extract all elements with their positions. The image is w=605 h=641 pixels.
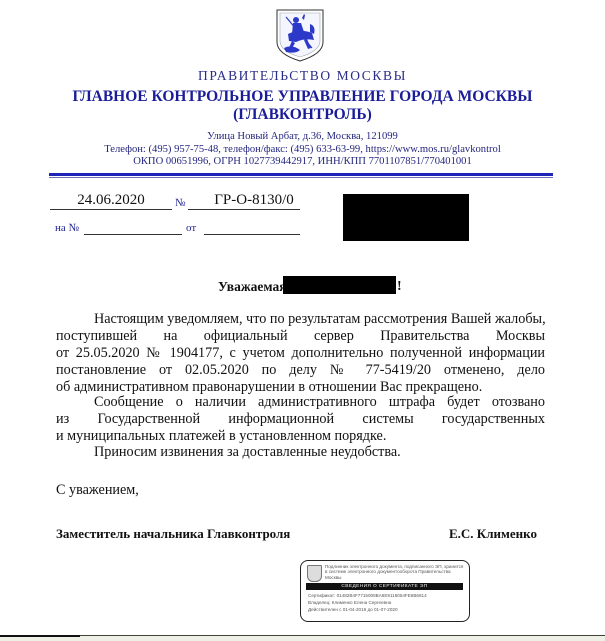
certificate-owner: Владелец: Клименко Елена Сергеевна <box>308 599 466 606</box>
redacted-recipient-name <box>283 276 396 294</box>
body-line: Настоящим уведомляем, что по результатам… <box>94 311 545 328</box>
body-line: и муниципальных платежей в установленном… <box>56 428 545 445</box>
organization-name: ГЛАВНОЕ КОНТРОЛЬНОЕ УПРАВЛЕНИЕ ГОРОДА МО… <box>0 88 605 106</box>
reference-number-label: на № <box>55 222 79 234</box>
viewer-bottom-bar <box>0 635 605 641</box>
phones: Телефон: (495) 957-75-48, телефон/факс: … <box>0 144 605 157</box>
body-line: Сообщение о наличии административного шт… <box>94 394 545 411</box>
viewer-tab-edge <box>0 635 80 637</box>
body-line: Приносим извинения за доставленные неудо… <box>94 444 583 461</box>
moscow-coat-of-arms-icon <box>274 8 326 62</box>
sign-off: С уважением, <box>56 482 139 499</box>
registry-codes: ОКПО 00651996, ОГРН 1027739442917, ИНН/К… <box>0 156 605 169</box>
reference-date-underline <box>204 234 300 235</box>
certificate-id: Сертификат: 01482B4F7715008BA6E9116054FE… <box>308 592 466 599</box>
body-line: из Государственной информационной систем… <box>56 411 545 428</box>
electronic-signature-stamp: Подлинник электронного документа, подпис… <box>300 560 470 622</box>
redacted-addressee <box>343 194 469 241</box>
certificate-validity: Действителен с 01-04-2019 до 01-07-2020 <box>308 606 466 613</box>
body-line: поступившей на официальный сервер Правит… <box>56 328 545 345</box>
address: Улица Новый Арбат, д.36, Москва, 121099 <box>0 131 605 144</box>
document-number: ГР-О-8130/0 <box>198 192 310 209</box>
reference-date-label: от <box>186 222 196 234</box>
number-label: № <box>175 197 186 209</box>
organization-title: ГЛАВНОЕ КОНТРОЛЬНОЕ УПРАВЛЕНИЕ ГОРОДА МО… <box>0 88 605 124</box>
government-title: ПРАВИТЕЛЬСТВО МОСКВЫ <box>0 68 605 84</box>
greeting: Уважаемая <box>218 279 287 295</box>
document-date: 24.06.2020 <box>50 192 172 209</box>
date-underline <box>50 209 172 210</box>
body-line: от 25.05.2020 № 1904177, с учетом дополн… <box>56 345 545 362</box>
header-divider-thin <box>49 177 553 178</box>
moscow-emblem-icon <box>307 565 322 582</box>
stamp-title: СВЕДЕНИЯ О СЕРТИФИКАТЕ ЭП <box>306 583 463 590</box>
contact-block: Улица Новый Арбат, д.36, Москва, 121099 … <box>0 131 605 169</box>
organization-short-name: (ГЛАВКОНТРОЛЬ) <box>0 106 605 124</box>
reference-number-underline <box>84 234 182 235</box>
header-divider <box>49 173 553 176</box>
body-line: постановление от 02.05.2020 по делу № 77… <box>56 362 545 379</box>
stamp-details: Сертификат: 01482B4F7715008BA6E9116054FE… <box>308 592 466 613</box>
greeting-exclamation: ! <box>397 279 402 295</box>
number-underline <box>188 209 300 210</box>
stamp-header-text: Подлинник электронного документа, подпис… <box>325 564 465 580</box>
signer-name: Е.С. Клименко <box>449 526 537 542</box>
signer-position: Заместитель начальника Главконтроля <box>56 526 290 542</box>
